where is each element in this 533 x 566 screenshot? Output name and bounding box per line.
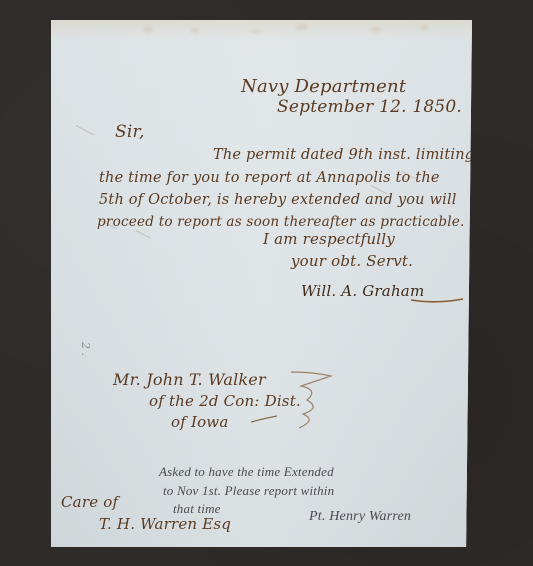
addressee-line-3: of Iowa <box>171 413 229 431</box>
annotation-signature: Pt. Henry Warren <box>309 509 411 525</box>
letter-paper: Navy Department September 12. 1850. Sir,… <box>51 20 472 547</box>
body-line-4: proceed to report as soon thereafter as … <box>97 214 465 230</box>
foxing-stain <box>251 29 260 34</box>
foxing-stain <box>296 24 308 30</box>
bleed-mark <box>76 125 94 135</box>
care-of-line-1: Care of <box>61 493 118 511</box>
letterhead-department: Navy Department <box>241 76 406 97</box>
letterhead-date: September 12. 1850. <box>277 97 462 117</box>
bleed-mark <box>136 230 151 238</box>
foxing-stain <box>191 28 199 33</box>
margin-mark: 2 . <box>79 342 92 356</box>
addressee-line-2: of the 2d Con: Dist. <box>149 392 301 410</box>
signature-graham: Will. A. Graham <box>301 282 424 300</box>
closing-line-1: I am respectfully <box>263 230 395 248</box>
body-line-2: the time for you to report at Annapolis … <box>99 170 440 186</box>
body-line-3: 5th of October, is hereby extended and y… <box>99 192 457 208</box>
salutation: Sir, <box>115 122 145 142</box>
annotation-line-2: to Nov 1st. Please report within <box>163 483 334 499</box>
annotation-line-1: Asked to have the time Extended <box>159 464 334 480</box>
closing-line-2: your obt. Servt. <box>291 252 413 270</box>
addressee-line-1: Mr. John T. Walker <box>113 370 266 389</box>
foxing-stain <box>371 27 381 32</box>
care-of-line-2: T. H. Warren Esq <box>99 515 231 533</box>
foxing-stain <box>421 25 428 30</box>
foxing-stain <box>143 26 153 32</box>
body-line-1: The permit dated 9th inst. limiting <box>213 147 474 163</box>
